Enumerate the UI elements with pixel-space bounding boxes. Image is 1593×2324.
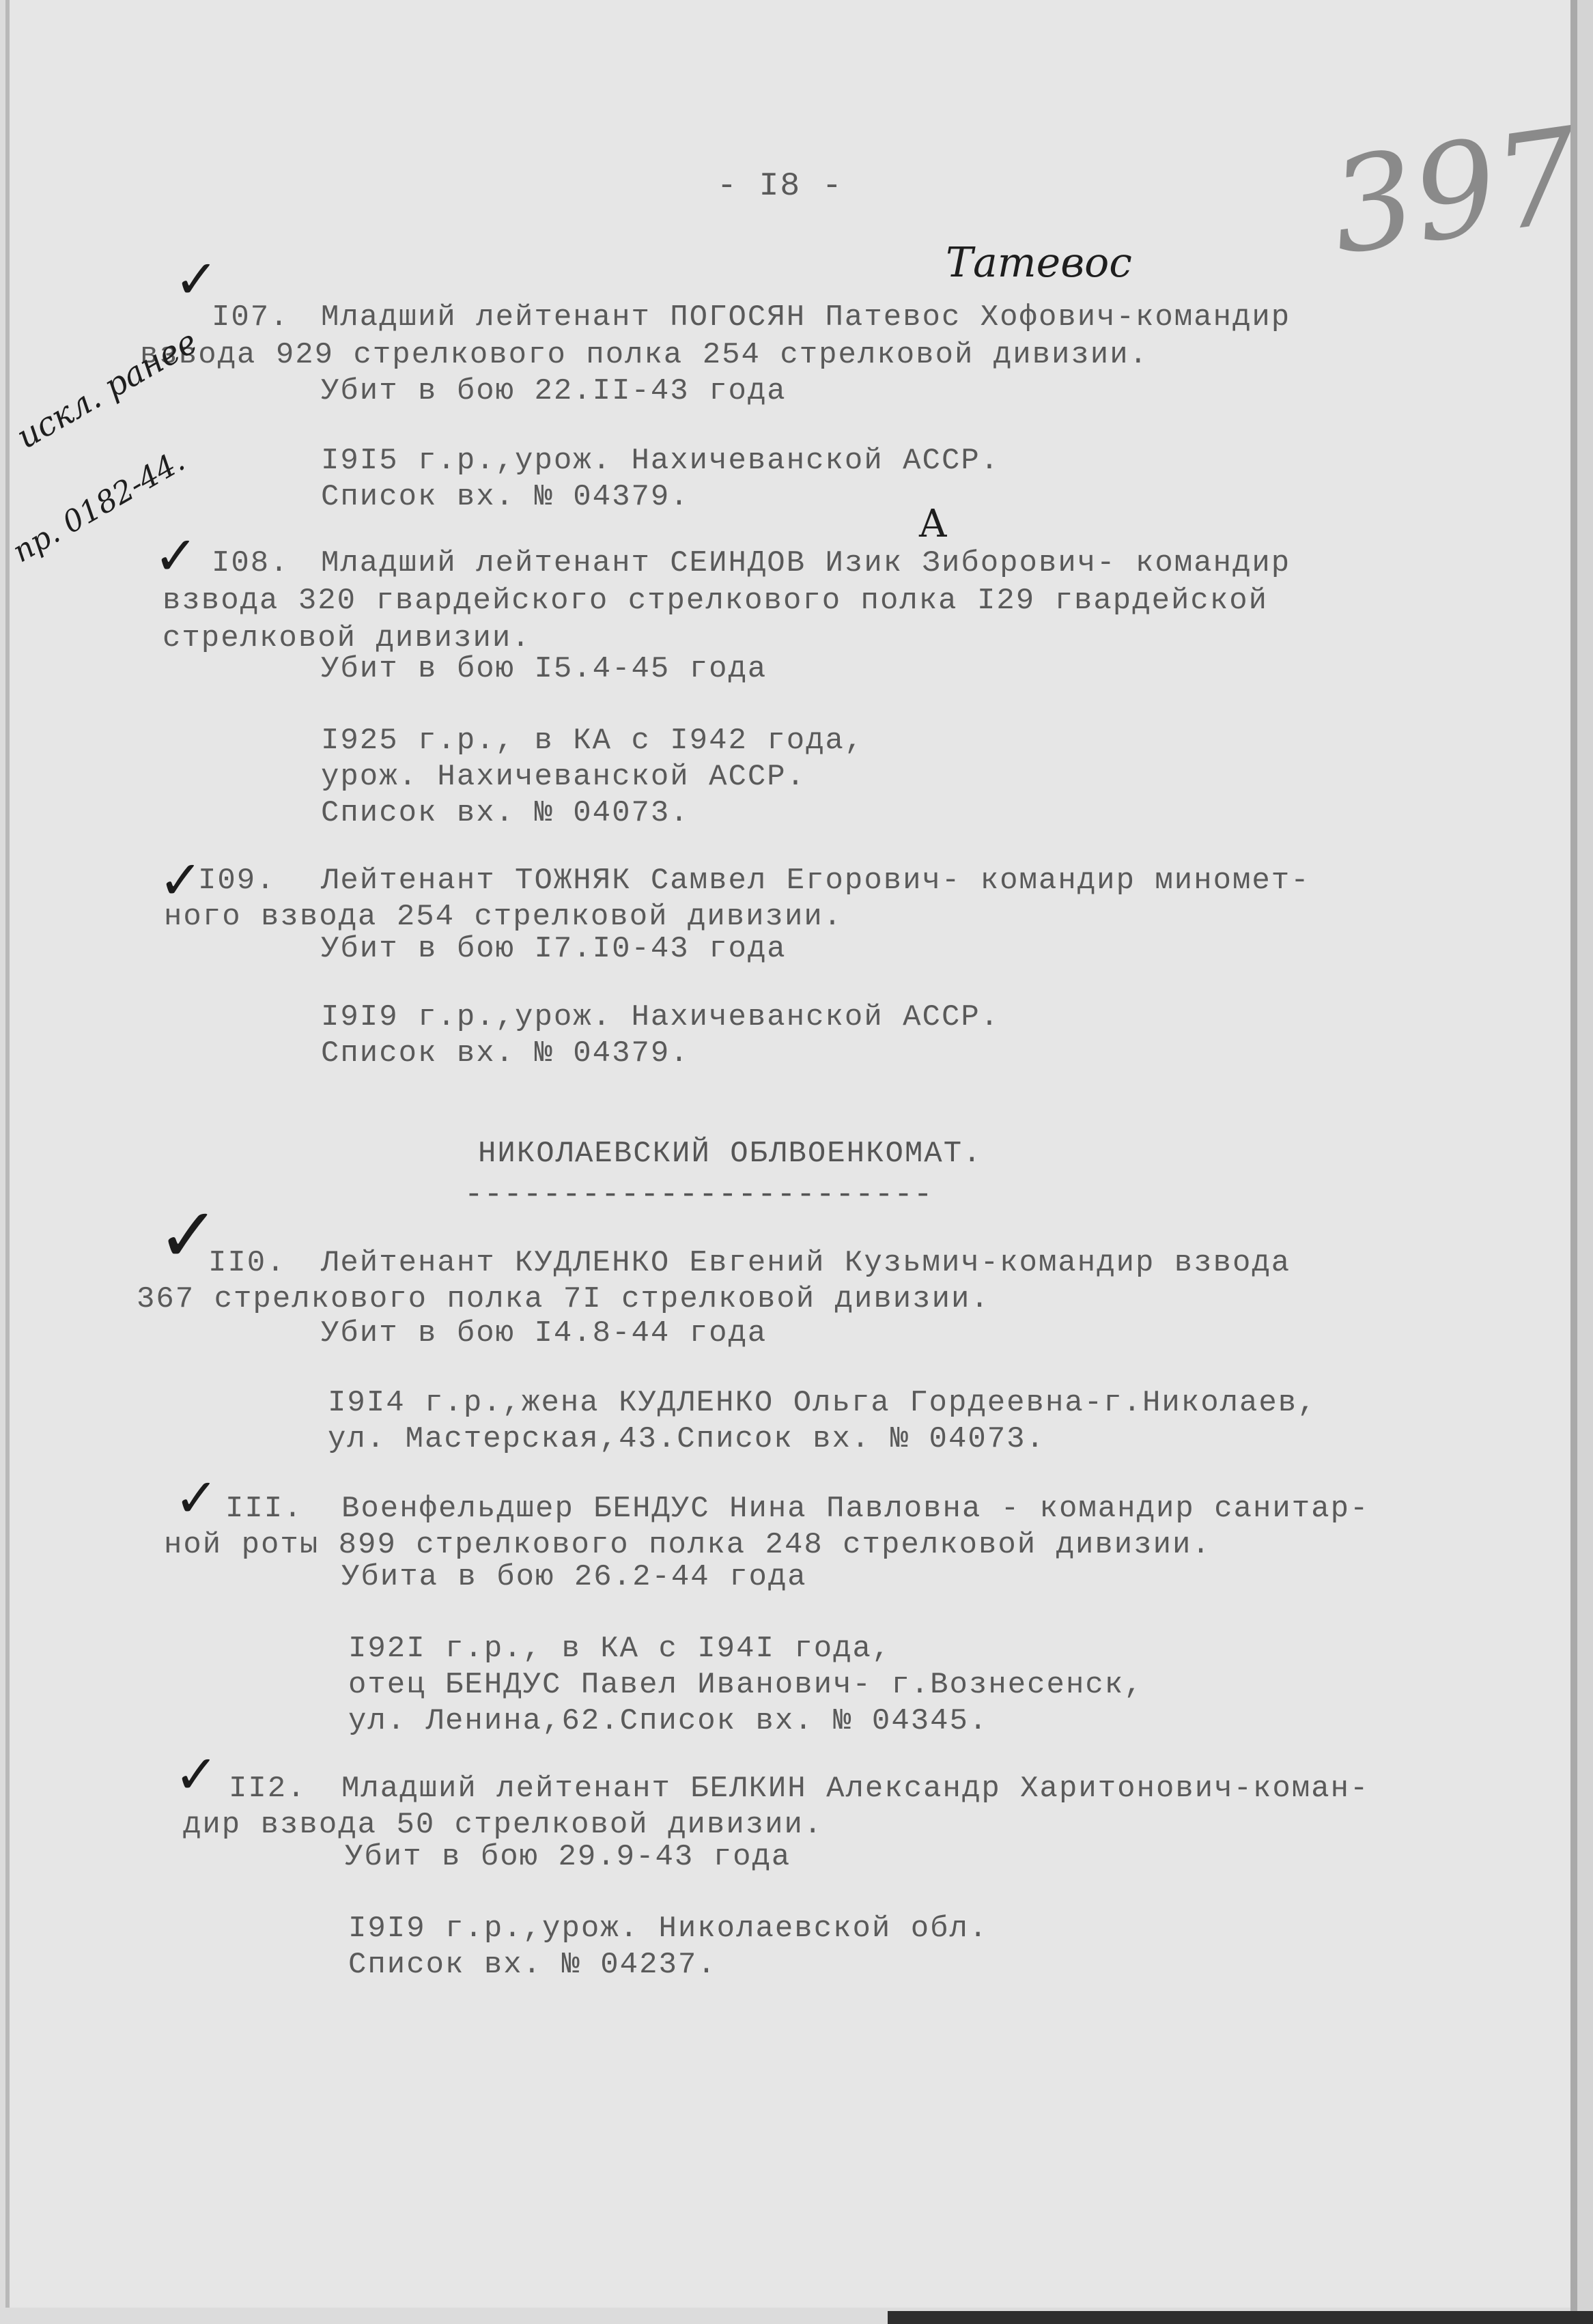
entry-killed: Убит в бою 22.II-43 года — [321, 374, 787, 408]
entry-line: Лейтенант ТОЖНЯК Самвел Егорович- команд… — [321, 864, 1310, 898]
entry-detail: ул. Ленина,62.Список вх. № 04345. — [348, 1704, 988, 1738]
entry-killed: Убит в бою I5.4-45 года — [321, 652, 767, 686]
check-mark-icon: ✓ — [174, 1744, 218, 1806]
page-edge — [1570, 0, 1577, 2324]
check-mark-icon: ✓ — [174, 1468, 218, 1529]
entry-line: стрелковой дивизии. — [163, 621, 531, 655]
section-heading: НИКОЛАЕВСКИЙ ОБЛВОЕНКОМАТ. — [478, 1137, 983, 1171]
entry-line: Младший лейтенант СЕИНДОВ Изик Зиборович… — [321, 546, 1291, 580]
entry-number: I09. — [198, 864, 276, 898]
entry-killed: Убит в бою I4.8-44 года — [321, 1316, 767, 1350]
check-mark-icon: ✓ — [154, 526, 198, 587]
entry-line: Лейтенант КУДЛЕНКО Евгений Кузьмич-коман… — [321, 1246, 1291, 1280]
entry-number: II2. — [229, 1772, 307, 1806]
entry-detail: Список вх. № 04379. — [321, 480, 690, 514]
entry-killed: Убит в бою 29.9-43 года — [345, 1840, 791, 1874]
entry-killed: Убита в бою 26.2-44 года — [341, 1560, 807, 1594]
entry-number: III. — [225, 1492, 303, 1526]
scan-border — [1577, 0, 1593, 2324]
entry-detail: ул. Мастерская,43.Список вх. № 04073. — [328, 1422, 1045, 1456]
entry-detail: I9I4 г.р.,жена КУДЛЕНКО Ольга Гордеевна-… — [328, 1386, 1317, 1420]
entry-line: взвода 929 стрелкового полка 254 стрелко… — [140, 338, 1148, 372]
entry-detail: Список вх. № 04073. — [321, 796, 690, 830]
entry-number: II0. — [208, 1246, 286, 1280]
entry-detail: Список вх. № 04379. — [321, 1036, 690, 1071]
handwritten-correction: Татевос — [946, 239, 1132, 287]
entry-line: ного взвода 254 стрелковой дивизии. — [164, 900, 843, 934]
scan-shadow — [888, 2311, 1593, 2324]
entry-line: взвода 320 гвардейского стрелкового полк… — [163, 584, 1268, 618]
entry-detail: отец БЕНДУС Павел Иванович- г.Вознесенск… — [348, 1668, 1144, 1702]
entry-killed: Убит в бою I7.I0-43 года — [321, 932, 787, 966]
entry-line: Военфельдшер БЕНДУС Нина Павловна - кома… — [341, 1492, 1369, 1526]
entry-detail: урож. Нахичеванской АССР. — [321, 760, 806, 794]
entry-line: Младший лейтенант БЕЛКИН Александр Харит… — [341, 1772, 1369, 1806]
entry-number: I07. — [212, 300, 290, 335]
entry-line: дир взвода 50 стрелковой дивизии. — [183, 1808, 823, 1842]
entry-line: Младший лейтенант ПОГОСЯН Патевос Хофови… — [321, 300, 1291, 335]
handwritten-correction: А — [918, 502, 947, 546]
entry-line: 367 стрелкового полка 7I стрелковой диви… — [137, 1282, 990, 1316]
entry-detail: I9I9 г.р.,урож. Нахичеванской АССР. — [321, 1000, 1000, 1034]
entry-detail: I9I9 г.р.,урож. Николаевской обл. — [348, 1912, 988, 1946]
entry-detail: I925 г.р., в КА с I942 года, — [321, 724, 864, 758]
entry-line: ной роты 899 стрелкового полка 248 стрел… — [164, 1528, 1211, 1562]
entry-number: I08. — [212, 546, 290, 580]
entry-detail: Список вх. № 04237. — [348, 1948, 717, 1982]
section-underline: ------------------------ — [464, 1178, 933, 1212]
page-number: - I8 - — [717, 169, 843, 203]
entry-detail: I92I г.р., в КА с I94I года, — [348, 1632, 891, 1666]
entry-detail: I9I5 г.р.,урож. Нахичеванской АССР. — [321, 444, 1000, 478]
